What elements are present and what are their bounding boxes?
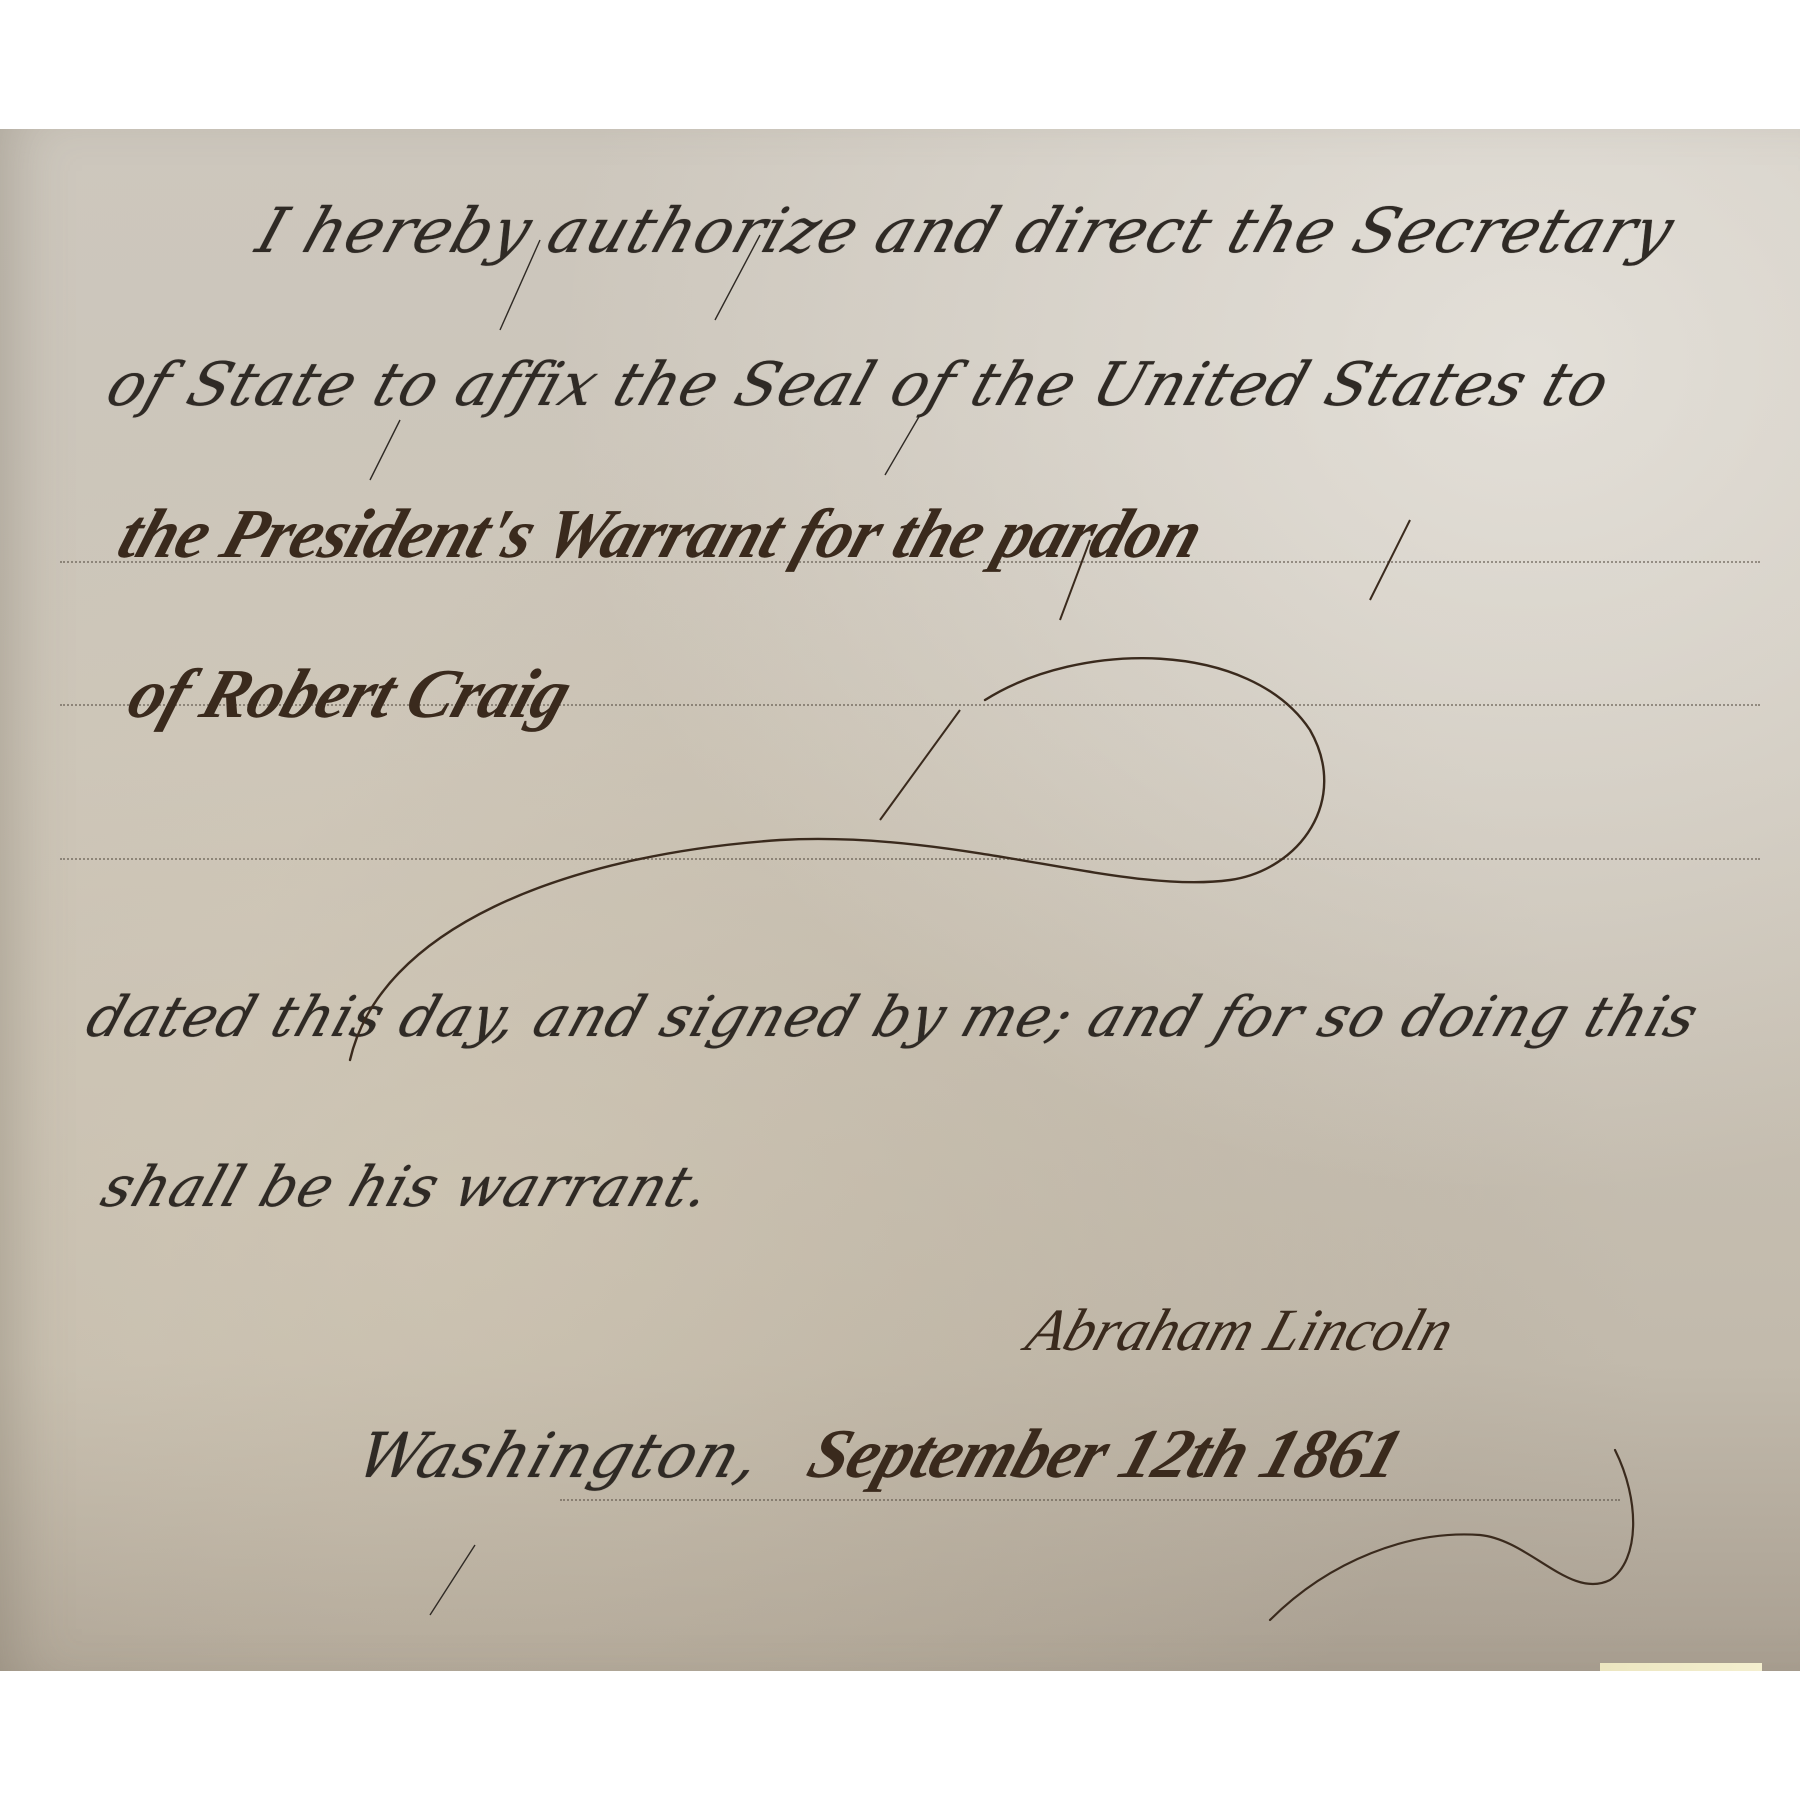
signature-abraham-lincoln: Abraham Lincoln [1020,1300,1461,1360]
handwritten-line-4-name: of Robert Craig [120,660,579,730]
dateline-date: September 12th 1861 [800,1420,1410,1490]
handwritten-line-3: the President's Warrant for the pardon [110,500,1210,570]
ruled-line-date [560,1499,1620,1501]
text-line-1: I hereby authorize and direct the Secret… [250,200,1682,262]
dateline-place: Washington, [350,1425,770,1487]
text-line-5: dated this day, and signed by me; and fo… [80,990,1705,1046]
frame-mat-edge [1600,1663,1762,1671]
text-line-6: shall be his warrant. [95,1160,718,1216]
text-line-2: of State to affix the Seal of the United… [100,355,1617,415]
ruled-line-3 [60,858,1760,860]
